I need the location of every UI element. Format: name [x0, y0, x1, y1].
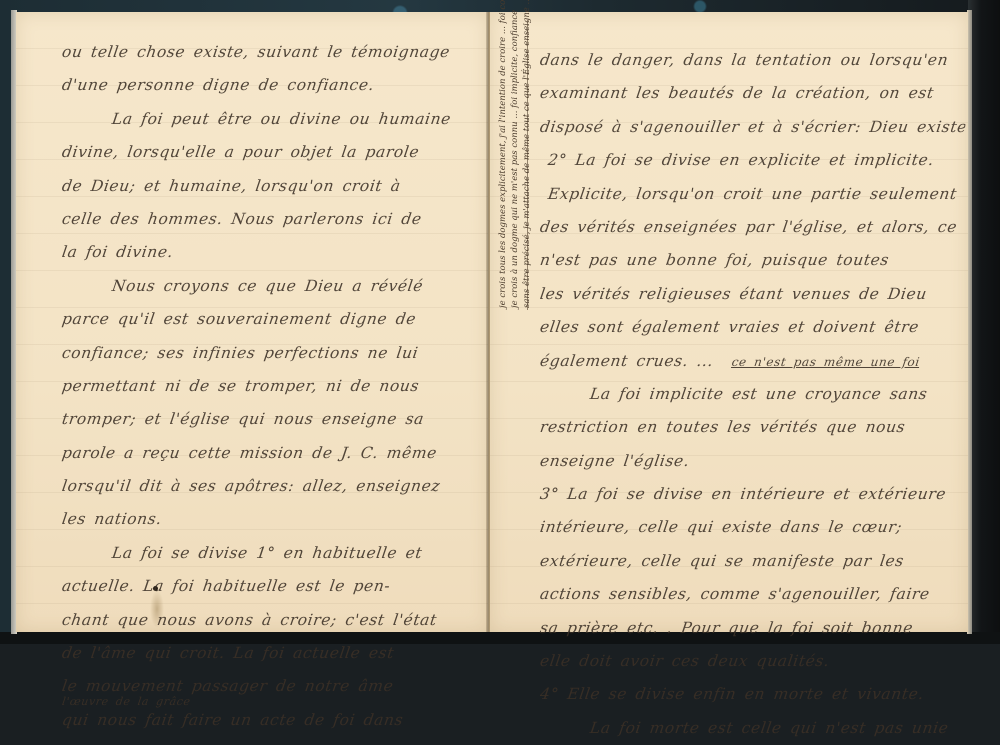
text-line: restriction en toutes les vérités que no…	[538, 411, 968, 444]
inline-annotation: ce n'est pas même une foi	[731, 355, 921, 369]
text-line: elles sont également vraies et doivent ê…	[538, 311, 968, 344]
text-line: n'est pas une bonne foi, puisque toutes	[538, 244, 968, 277]
text-line: des vérités enseignées par l'église, et …	[538, 211, 968, 244]
text-line: parole a reçu cette mission de J. C. mêm…	[60, 437, 485, 470]
cover-spine-edge	[968, 0, 1000, 644]
margin-note-line: sans être précisé, je m'attache de même …	[522, 0, 532, 308]
text-line: actions sensibles, comme s'agenouiller, …	[538, 578, 968, 611]
text-line: d'une personne digne de confiance.	[60, 69, 485, 102]
text-segment: également crues. ...	[539, 352, 715, 370]
text-line: permettant ni de se tromper, ni de nous	[60, 370, 485, 403]
left-page-text: ou telle chose existe, suivant le témoig…	[62, 36, 482, 644]
text-line: Nous croyons ce que Dieu a révélé	[60, 270, 485, 303]
text-line: les vérités religieuses étant venues de …	[538, 278, 968, 311]
right-page-text: dans le danger, dans la tentation ou lor…	[540, 44, 965, 644]
text-line: dans le danger, dans la tentation ou lor…	[538, 44, 968, 77]
text-line: confiance; ses infinies perfections ne l…	[60, 337, 485, 370]
text-line: la foi divine.	[60, 236, 485, 269]
text-line: disposé à s'agenouiller et à s'écrier: D…	[538, 111, 968, 144]
text-line: également crues. ... ce n'est pas même u…	[538, 345, 968, 378]
text-line: Explicite, lorsqu'on croit une partie se…	[538, 178, 968, 211]
text-line: intérieure, celle qui existe dans le cœu…	[538, 511, 968, 544]
book-gutter	[486, 12, 490, 632]
text-line: extérieure, celle qui se manifeste par l…	[538, 545, 968, 578]
text-line: chant que nous avons à croire; c'est l'é…	[60, 604, 485, 637]
text-line: lorsqu'il dit à ses apôtres: allez, ense…	[60, 470, 485, 503]
text-line: de l'âme qui croit. La foi actuelle est	[60, 637, 485, 644]
text-line: 3° La foi se divise en intérieure et ext…	[538, 478, 968, 511]
text-line: tromper; et l'église qui nous enseigne s…	[60, 403, 485, 436]
text-line: La foi se divise 1° en habituelle et	[60, 537, 485, 570]
text-line: examinant les beautés de la création, on…	[538, 77, 968, 110]
text-line: de Dieu; et humaine, lorsqu'on croit à	[60, 170, 485, 203]
text-line: divine, lorsqu'elle a pour objet la paro…	[60, 136, 485, 169]
margin-note-line: je crois à un dogme qui ne m'est pas con…	[510, 10, 520, 308]
text-line: actuelle. La foi habituelle est le pen-	[60, 570, 485, 603]
text-line: 2° La foi se divise en explicite et impl…	[538, 144, 968, 177]
text-line: les nations.	[60, 503, 485, 536]
text-line: sa prière etc. . Pour que la foi soit bo…	[538, 612, 968, 644]
text-line: parce qu'il est souverainement digne de	[60, 303, 485, 336]
text-line: ou telle chose existe, suivant le témoig…	[60, 36, 485, 69]
text-line: enseigne l'église.	[538, 445, 968, 478]
text-line: La foi peut être ou divine ou humaine	[60, 103, 485, 136]
text-line: La foi implicite est une croyance sans	[538, 378, 968, 411]
margin-note-line: je crois tous les dogmes explicitement, …	[498, 0, 508, 308]
text-line: celle des hommes. Nous parlerons ici de	[60, 203, 485, 236]
